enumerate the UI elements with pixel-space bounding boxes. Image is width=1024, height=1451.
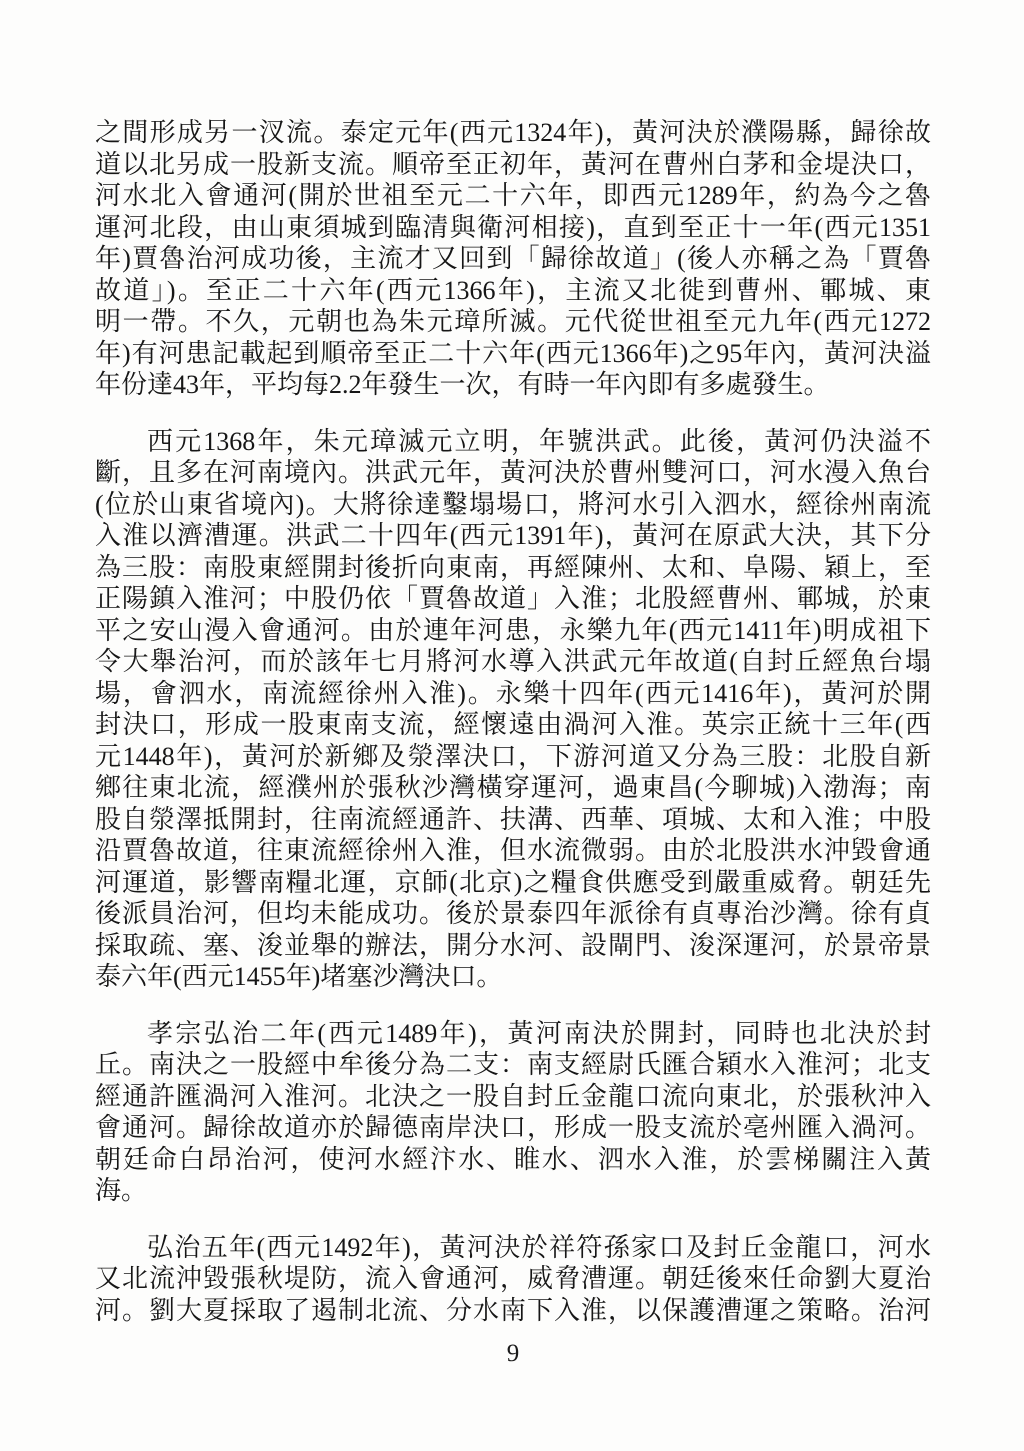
text-line: 正陽鎮入淮河；中股仍依「賈魯故道」入淮；北股經曹州、鄆城，於東 (95, 583, 931, 615)
text-line: 場，會泗水，南流經徐州入淮)。永樂十四年(西元1416年)，黃河於開 (95, 678, 931, 710)
text-line: 年份達43年，平均每2.2年發生一次，有時一年內即有多處發生。 (95, 369, 931, 401)
page-number: 9 (95, 1340, 931, 1368)
text-line: 明一帶。不久，元朝也為朱元璋所滅。元代從世祖至元九年(西元1272 (95, 306, 931, 338)
text-line: 道以北另成一股新支流。順帝至正初年，黃河在曹州白茅和金堤決口， (95, 149, 931, 181)
paragraph-2: 西元1368年，朱元璋滅元立明，年號洪武。此後，黃河仍決溢不斷，且多在河南境內。… (95, 426, 931, 993)
text-line: 斷，且多在河南境內。洪武元年，黃河決於曹州雙河口，河水漫入魚台 (95, 457, 931, 489)
text-line: 海。 (95, 1175, 931, 1207)
text-line: 為三股：南股東經開封後折向東南，再經陳州、太和、阜陽、穎上，至 (95, 552, 931, 584)
text-line: 年)有河患記載起到順帝至正二十六年(西元1366年)之95年內，黃河決溢 (95, 338, 931, 370)
text-line: 之間形成另一汊流。泰定元年(西元1324年)，黃河決於濮陽縣，歸徐故 (95, 117, 931, 149)
text-line: 沿賈魯故道，往東流經徐州入淮，但水流微弱。由於北股洪水沖毀會通 (95, 835, 931, 867)
text-line: 入淮以濟漕運。洪武二十四年(西元1391年)，黃河在原武大決，其下分 (95, 520, 931, 552)
text-line: 股自滎澤抵開封，往南流經通許、扶溝、西華、項城、太和入淮；中股 (95, 804, 931, 836)
text-line: 河。劉大夏採取了遏制北流、分水南下入淮，以保護漕運之策略。治河 (95, 1295, 931, 1327)
text-line: 平之安山漫入會通河。由於連年河患，永樂九年(西元1411年)明成祖下 (95, 615, 931, 647)
text-line: 丘。南決之一股經中牟後分為二支：南支經尉氏匯合穎水入淮河；北支 (95, 1049, 931, 1081)
text-line: 泰六年(西元1455年)堵塞沙灣決口。 (95, 961, 931, 993)
text-line: 孝宗弘治二年(西元1489年)，黃河南決於開封，同時也北決於封 (95, 1018, 931, 1050)
text-line: 年)賈魯治河成功後，主流才又回到「歸徐故道」(後人亦稱之為「賈魯 (95, 243, 931, 275)
paragraph-3: 孝宗弘治二年(西元1489年)，黃河南決於開封，同時也北決於封丘。南決之一股經中… (95, 1018, 931, 1207)
text-line: 又北流沖毀張秋堤防，流入會通河，威脅漕運。朝廷後來任命劉大夏治 (95, 1263, 931, 1295)
text-block: 之間形成另一汊流。泰定元年(西元1324年)，黃河決於濮陽縣，歸徐故道以北另成一… (95, 117, 931, 1326)
text-line: 弘治五年(西元1492年)，黃河決於祥符孫家口及封丘金龍口，河水 (95, 1232, 931, 1264)
text-line: 採取疏、塞、浚並舉的辦法，開分水河、設閘門、浚深運河，於景帝景 (95, 930, 931, 962)
text-line: 西元1368年，朱元璋滅元立明，年號洪武。此後，黃河仍決溢不 (95, 426, 931, 458)
text-line: 故道」)。至正二十六年(西元1366年)，主流又北徙到曹州、鄆城、東 (95, 275, 931, 307)
document-page: 之間形成另一汊流。泰定元年(西元1324年)，黃河決於濮陽縣，歸徐故道以北另成一… (0, 0, 1024, 1451)
text-line: 經通許匯渦河入淮河。北決之一股自封丘金龍口流向東北，於張秋沖入 (95, 1081, 931, 1113)
text-line: 後派員治河，但均未能成功。後於景泰四年派徐有貞專治沙灣。徐有貞 (95, 898, 931, 930)
text-line: 封決口，形成一股東南支流，經懷遠由渦河入淮。英宗正統十三年(西 (95, 709, 931, 741)
paragraph-1: 之間形成另一汊流。泰定元年(西元1324年)，黃河決於濮陽縣，歸徐故道以北另成一… (95, 117, 931, 401)
text-line: 運河北段，由山東須城到臨清與衛河相接)，直到至正十一年(西元1351 (95, 212, 931, 244)
text-line: 令大舉治河，而於該年七月將河水導入洪武元年故道(自封丘經魚台塌 (95, 646, 931, 678)
text-line: 元1448年)，黃河於新鄉及滎澤決口，下游河道又分為三股：北股自新 (95, 741, 931, 773)
text-line: (位於山東省境內)。大將徐達鑿塌場口，將河水引入泗水，經徐州南流 (95, 489, 931, 521)
text-line: 朝廷命白昂治河，使河水經汴水、睢水、泗水入淮，於雲梯關注入黃 (95, 1144, 931, 1176)
text-line: 河運道，影響南糧北運，京師(北京)之糧食供應受到嚴重威脅。朝廷先 (95, 867, 931, 899)
text-line: 鄉往東北流，經濮州於張秋沙灣橫穿運河，過東昌(今聊城)入渤海；南 (95, 772, 931, 804)
text-line: 會通河。歸徐故道亦於歸德南岸決口，形成一股支流於亳州匯入渦河。 (95, 1112, 931, 1144)
text-line: 河水北入會通河(開於世祖至元二十六年，即西元1289年，約為今之魯 (95, 180, 931, 212)
paragraph-4: 弘治五年(西元1492年)，黃河決於祥符孫家口及封丘金龍口，河水又北流沖毀張秋堤… (95, 1232, 931, 1327)
